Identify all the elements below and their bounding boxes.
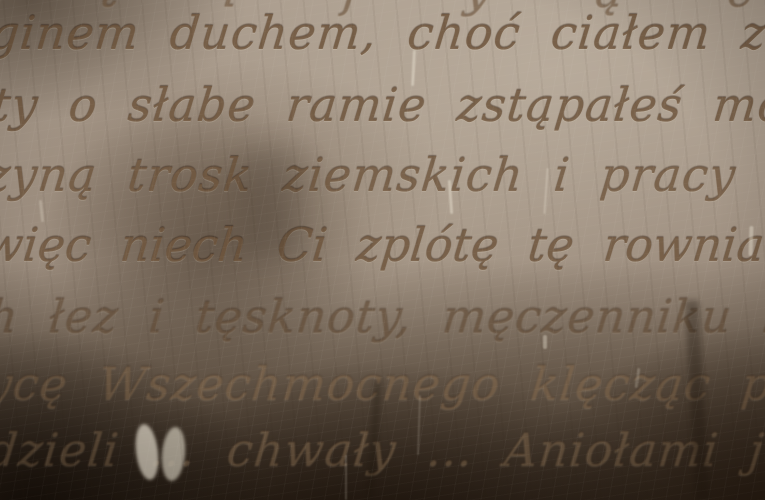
inscription-line-1: ginem duchem, choć ciałem zbolał xyxy=(0,6,765,60)
inscription-photo: j t ł f y ą ć ginem duchem, choć ciałem … xyxy=(0,0,765,500)
scratch-mark xyxy=(345,455,347,500)
dark-stain-patch xyxy=(240,150,300,260)
inscription-line-4: więc niech Ci zplótę tę rowniankę sk xyxy=(0,218,765,272)
inscription-line-5: h łez i tęsknoty, męczenniku biedny xyxy=(0,290,765,344)
scratch-mark xyxy=(543,335,547,349)
inscription-line-2: ty o słabe ramie zstąpałeś mój dro xyxy=(0,78,765,132)
inscription-line-3: zyną trosk ziemskich i pracy niem xyxy=(0,148,765,202)
inscription-line-6: ycę Wszechmocnego klęcząc przed twą xyxy=(0,357,765,411)
inscription-line-7: dzieli … chwały … Aniołami jednej xyxy=(0,423,765,477)
